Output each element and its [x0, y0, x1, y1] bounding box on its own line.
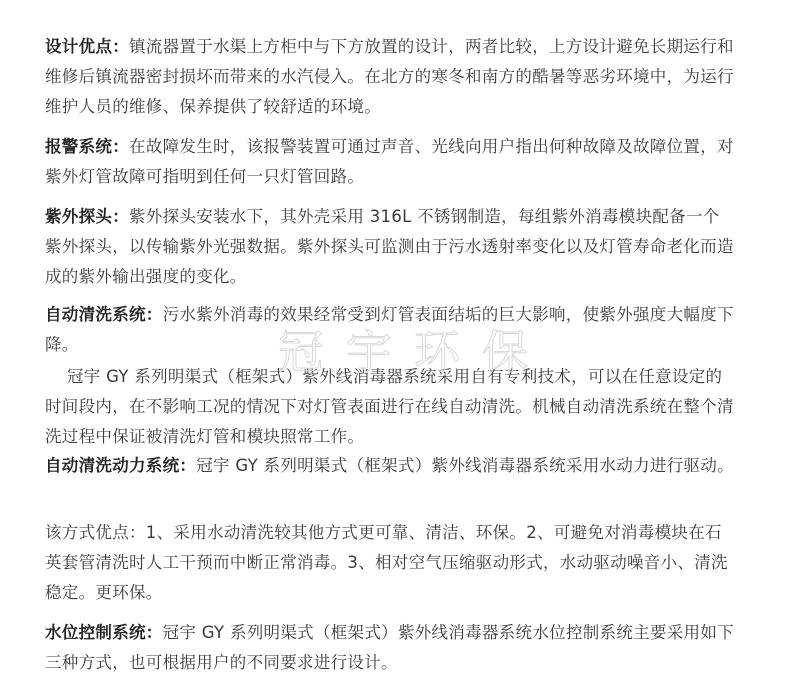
paragraph-cleaning-description: 冠宇 GY 系列明渠式（框架式）紫外线消毒器系统采用自有专利技术，可以在任意设定… [45, 362, 735, 452]
section-text: 该方式优点：1、采用水动清洗较其他方式更可靠、清洁、环保。2、可避免对消毒模块在… [45, 523, 728, 602]
section-label: 设计优点： [45, 37, 129, 56]
paragraph-alarm-system: 报警系统：在故障发生时，该报警装置可通过声音、光线向用户指出何种故障及故障位置，… [45, 132, 735, 192]
section-label: 水位控制系统： [45, 623, 163, 642]
section-text: 紫外探头安装水下，其外壳采用 316L 不锈钢制造，每组紫外消毒模块配备一个紫外… [45, 207, 734, 286]
section-text: 在故障发生时，该报警装置可通过声音、光线向用户指出何种故障及故障位置，对紫外灯管… [45, 137, 734, 186]
section-text: 冠宇 GY 系列明渠式（框架式）紫外线消毒器系统采用自有专利技术，可以在任意设定… [45, 367, 734, 446]
paragraph-water-level-control: 水位控制系统：冠宇 GY 系列明渠式（框架式）紫外线消毒器系统水位控制系统主要采… [45, 618, 735, 678]
paragraph-uv-probe: 紫外探头：紫外探头安装水下，其外壳采用 316L 不锈钢制造，每组紫外消毒模块配… [45, 202, 735, 292]
paragraph-auto-cleaning: 自动清洗系统：污水紫外消毒的效果经常受到灯管表面结垢的巨大影响，使紫外强度大幅度… [45, 300, 735, 360]
section-label: 自动清洗动力系统： [45, 456, 196, 475]
section-text: 镇流器置于水渠上方柜中与下方放置的设计，两者比较，上方设计避免长期运行和维修后镇… [45, 37, 734, 116]
section-label: 报警系统： [45, 137, 129, 156]
paragraph-method-advantages: 该方式优点：1、采用水动清洗较其他方式更可靠、清洁、环保。2、可避免对消毒模块在… [45, 518, 735, 608]
section-text: 冠宇 GY 系列明渠式（框架式）紫外线消毒器系统采用水动力进行驱动。 [196, 456, 734, 475]
section-label: 自动清洗系统： [45, 305, 163, 324]
section-label: 紫外探头： [45, 207, 129, 226]
paragraph-cleaning-power: 自动清洗动力系统：冠宇 GY 系列明渠式（框架式）紫外线消毒器系统采用水动力进行… [45, 451, 735, 481]
paragraph-design-advantages: 设计优点：镇流器置于水渠上方柜中与下方放置的设计，两者比较，上方设计避免长期运行… [45, 32, 735, 122]
